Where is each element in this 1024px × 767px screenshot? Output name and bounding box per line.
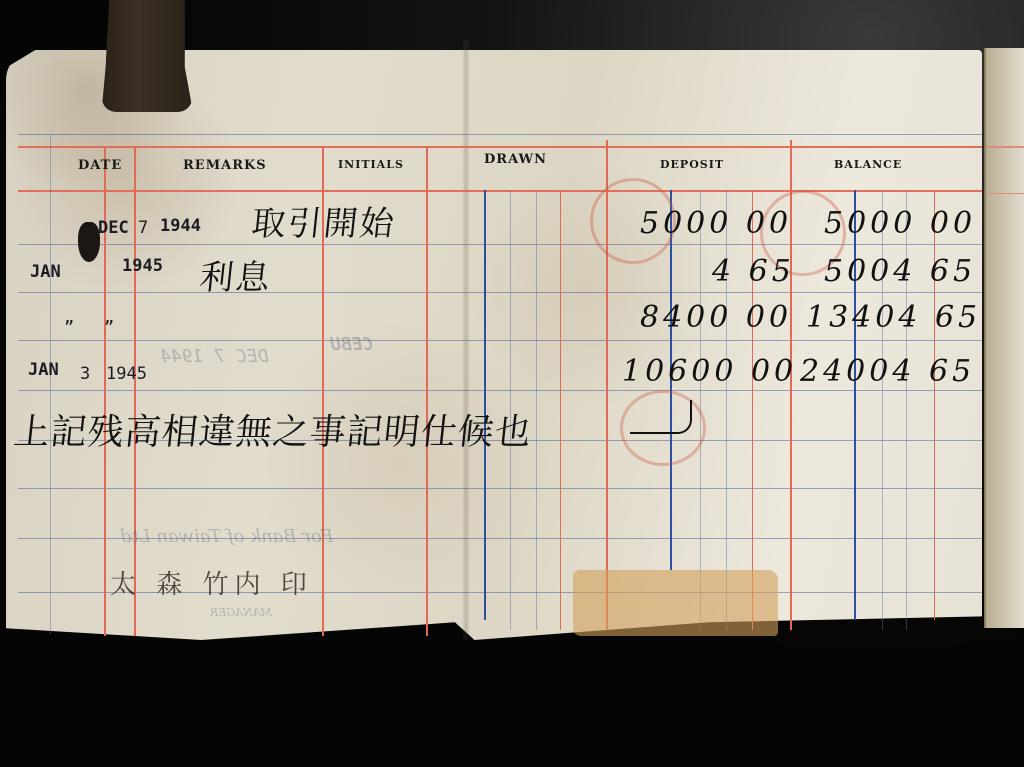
column-header-drawn: DRAWN (484, 152, 547, 167)
faint-date-stamp: DEC 7 1944 (160, 346, 268, 367)
entry-3-year-ditto: ” (104, 318, 114, 338)
entry-1-day: 7 (138, 218, 148, 238)
entry-2-balance: 5004 65 (824, 254, 976, 289)
column-header-remarks: REMARKS (183, 158, 267, 173)
entry-1-remarks: 取引開始 (249, 196, 398, 245)
entry-4-balance: 24004 65 (800, 354, 975, 389)
entry-2-year: 1945 (122, 256, 163, 276)
entry-2-remarks: 利息 (197, 250, 274, 299)
binder-clip (102, 0, 192, 112)
grid-line (18, 292, 982, 293)
ledger-page (6, 50, 982, 640)
entry-2-deposit: 4 65 (712, 254, 795, 289)
header-top-rule (18, 146, 982, 148)
column-header-balance: BALANCE (834, 158, 902, 171)
grid-line (536, 190, 537, 630)
faint-branch-stamp: CEBU (330, 334, 373, 355)
entry-4-deposit: 10600 00 (622, 354, 797, 389)
column-header-initials: INITIALS (338, 158, 404, 171)
entry-3-deposit: 8400 00 (640, 300, 792, 335)
entry-3-balance: 13404 65 (806, 300, 981, 335)
faint-bank-line: For Bank of Taiwan Ltd (120, 526, 333, 547)
ink-blot (78, 222, 100, 262)
entry-3-month-ditto: ” (64, 318, 74, 338)
certification-note: 上記残高相違無之事記明仕候也 (11, 404, 534, 455)
entry-1-deposit: 5000 00 (640, 206, 792, 241)
entry-4-month: JAN (28, 360, 59, 380)
entry-1-month: DEC (98, 218, 129, 238)
note-end-flourish (630, 400, 692, 434)
grid-line (18, 340, 982, 341)
column-rule (426, 146, 428, 636)
entry-2-month: JAN (30, 262, 61, 282)
column-header-date: DATE (78, 158, 122, 173)
column-header-deposit: DEPOSIT (660, 158, 724, 171)
grid-line (18, 134, 982, 135)
column-rule (134, 146, 136, 636)
grid-line (18, 488, 982, 489)
entry-1-year: 1944 (160, 216, 201, 236)
column-rule (560, 190, 561, 630)
grid-line (50, 134, 51, 634)
header-bottom-rule (18, 190, 982, 192)
grid-line (18, 390, 982, 391)
entry-1-balance: 5000 00 (824, 206, 976, 241)
tape-repair (573, 570, 778, 636)
manager-signature: 太 森 竹内 印 (110, 564, 313, 601)
faint-manager-label: MANAGER (210, 606, 272, 619)
entry-4-day: 3 (80, 364, 90, 384)
adjacent-page-edge (984, 48, 1024, 628)
entry-4-year: 1945 (106, 364, 147, 384)
